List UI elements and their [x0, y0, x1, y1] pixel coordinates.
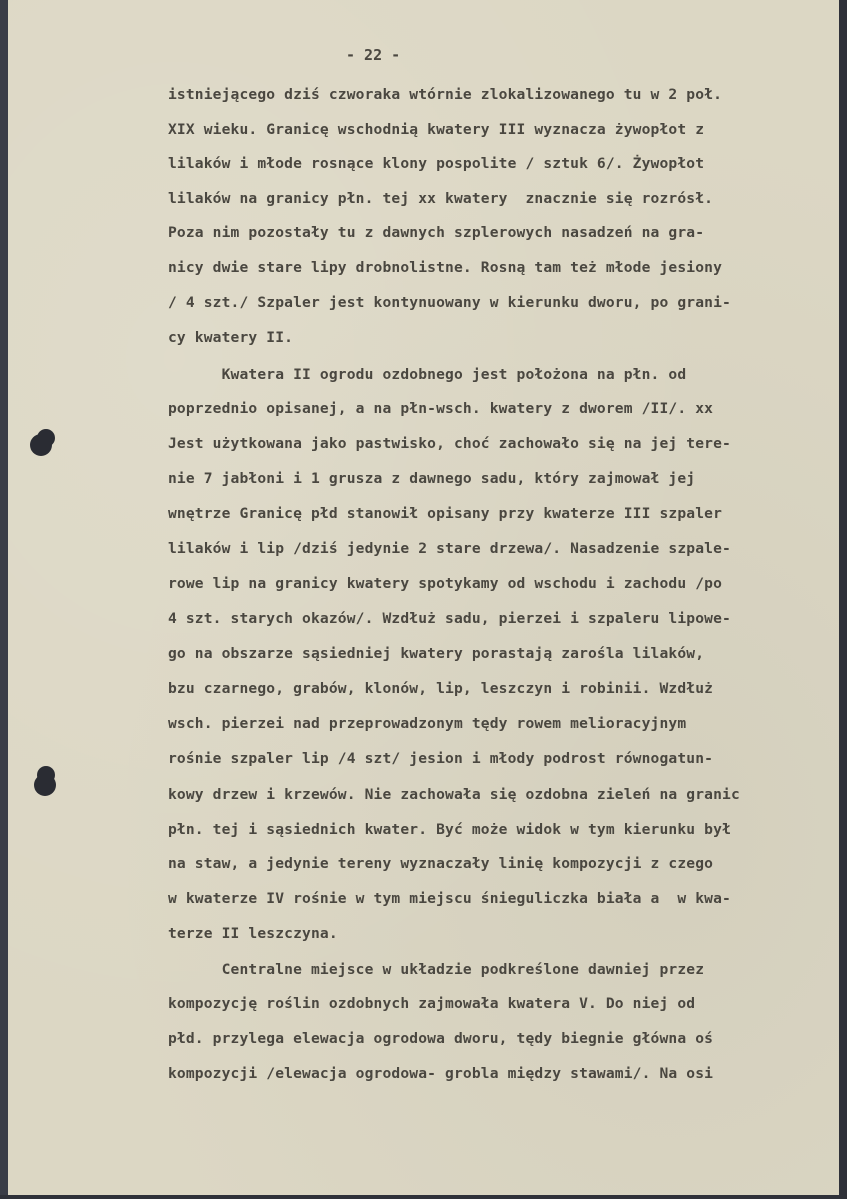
text-line: płn. tej i sąsiednich kwater. Być może w… [168, 821, 731, 839]
text-line: nicy dwie stare lipy drobnolistne. Rosną… [168, 259, 722, 277]
text-line: / 4 szt./ Szpaler jest kontynuowany w ki… [168, 294, 731, 312]
text-line: lilaków i lip /dziś jedynie 2 stare drze… [168, 540, 731, 558]
text-line: płd. przylega elewacja ogrodowa dworu, t… [168, 1030, 713, 1048]
punch-hole [37, 766, 55, 784]
text-line: kowy drzew i krzewów. Nie zachowała się … [168, 786, 740, 804]
text-line: wsch. pierzei nad przeprowadzonym tędy r… [168, 715, 686, 733]
text-line: go na obszarze sąsiedniej kwatery porast… [168, 645, 704, 663]
text-line: istniejącego dziś czworaka wtórnie zloka… [168, 86, 722, 104]
text-line: rowe lip na granicy kwatery spotykamy od… [168, 575, 722, 593]
text-line: wnętrze Granicę płd stanowił opisany prz… [168, 505, 722, 523]
scan-bottom-edge [0, 1195, 847, 1199]
text-line: na staw, a jedynie tereny wyznaczały lin… [168, 855, 713, 873]
text-line: cy kwatery II. [168, 329, 293, 347]
text-line: nie 7 jabłoni i 1 grusza z dawnego sadu,… [168, 470, 695, 488]
text-line: kompozycję roślin ozdobnych zajmowała kw… [168, 995, 695, 1013]
text-line: rośnie szpaler lip /4 szt/ jesion i młod… [168, 750, 713, 768]
text-line: Kwatera II ogrodu ozdobnego jest położon… [168, 366, 686, 384]
text-line: 4 szt. starych okazów/. Wzdłuż sadu, pie… [168, 610, 731, 628]
text-line: kompozycji /elewacja ogrodowa- grobla mi… [168, 1065, 713, 1083]
text-line: bzu czarnego, grabów, klonów, lip, leszc… [168, 680, 713, 698]
text-line: poprzednio opisanej, a na płn-wsch. kwat… [168, 400, 713, 418]
scan-right-edge [839, 0, 847, 1199]
text-line: terze II leszczyna. [168, 925, 338, 943]
page-number: - 22 - [346, 46, 400, 64]
scan-left-edge [0, 0, 8, 1199]
typewritten-page: - 22 - istniejącego dziś czworaka wtórni… [8, 0, 839, 1195]
text-line: lilaków i młode rosnące klony pospolite … [168, 155, 704, 173]
text-line: Poza nim pozostały tu z dawnych szplerow… [168, 224, 704, 242]
text-line: XIX wieku. Granicę wschodnią kwatery III… [168, 121, 704, 139]
text-line: Centralne miejsce w układzie podkreślone… [168, 961, 704, 979]
text-line: lilaków na granicy płn. tej xx kwatery z… [168, 190, 713, 208]
punch-hole [37, 429, 55, 447]
text-line: Jest użytkowana jako pastwisko, choć zac… [168, 435, 731, 453]
text-line: w kwaterze IV rośnie w tym miejscu śnieg… [168, 890, 731, 908]
